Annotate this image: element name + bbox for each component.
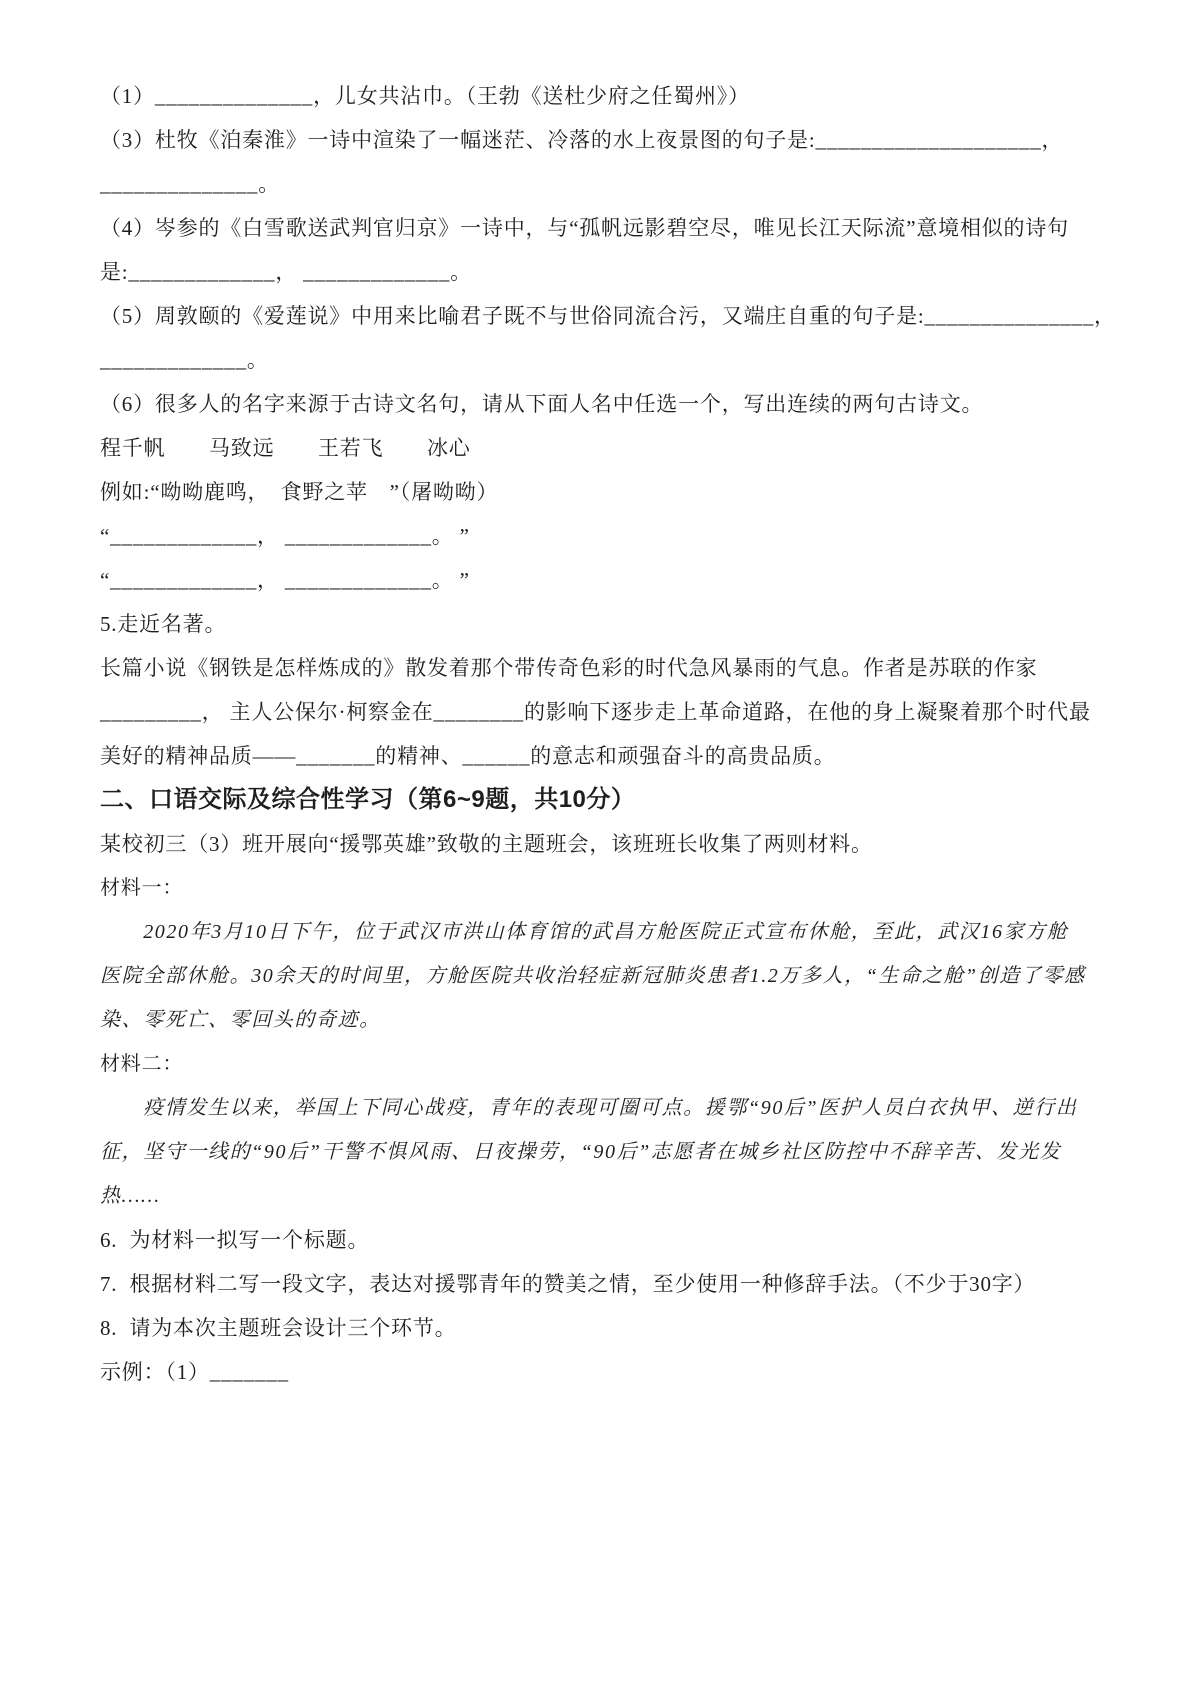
question-5-text-continued: _________， 主人公保尔·柯察金在________的影响下逐步走上革命道… bbox=[100, 690, 1108, 734]
fill-blank-item-5: （5）周敦颐的《爱莲说》中用来比喻君子既不与世俗同流合污，又端庄自重的句子是:_… bbox=[100, 294, 1108, 338]
fill-blank-item-3-continued: ______________。 bbox=[100, 162, 1108, 206]
section-2-heading: 二、口语交际及综合性学习（第6~9题，共10分） bbox=[100, 778, 1108, 822]
example-sentence: 例如:“呦呦鹿鸣， 食野之苹 ”（屠呦呦） bbox=[100, 470, 1108, 514]
question-5-text-continued-2: 美好的精神品质——_______的精神、______的意志和顽强奋斗的高贵品质。 bbox=[100, 734, 1108, 778]
question-5-text: 长篇小说《钢铁是怎样炼成的》散发着那个带传奇色彩的时代急风暴雨的气息。作者是苏联… bbox=[100, 646, 1108, 690]
fill-blank-item-4: （4）岑参的《白雪歌送武判官归京》一诗中，与“孤帆远影碧空尽，唯见长江天际流”意… bbox=[100, 206, 1108, 250]
answer-blank-line-2: “_____________， _____________。 ” bbox=[100, 558, 1108, 602]
exam-paper-page: （1）______________，儿女共沾巾。（王勃《送杜少府之任蜀州》）（3… bbox=[0, 0, 1200, 1698]
fill-blank-item-3: （3）杜牧《泊秦淮》一诗中渲染了一幅迷茫、冷落的水上夜景图的句子是:______… bbox=[100, 118, 1108, 162]
question-6: 6. 为材料一拟写一个标题。 bbox=[100, 1218, 1108, 1262]
fill-blank-item-6: （6）很多人的名字来源于古诗文名句，请从下面人名中任选一个，写出连续的两句古诗文… bbox=[100, 382, 1108, 426]
material-2-text-continued: 征，坚守一线的“90后”干警不惧风雨、日夜操劳，“90后”志愿者在城乡社区防控中… bbox=[100, 1130, 1108, 1174]
material-2-label: 材料二： bbox=[100, 1042, 1108, 1086]
section-2-intro: 某校初三（3）班开展向“援鄂英雄”致敬的主题班会，该班班长收集了两则材料。 bbox=[100, 822, 1108, 866]
material-2-text: 疫情发生以来，举国上下同心战疫，青年的表现可圈可点。援鄂“90后”医护人员白衣执… bbox=[100, 1086, 1108, 1130]
name-options: 程千帆 马致远 王若飞 冰心 bbox=[100, 426, 1108, 470]
answer-blank-line-1: “_____________， _____________。 ” bbox=[100, 514, 1108, 558]
material-2-text-continued-2: 热…… bbox=[100, 1174, 1108, 1218]
question-8: 8. 请为本次主题班会设计三个环节。 bbox=[100, 1306, 1108, 1350]
question-7: 7. 根据材料二写一段文字，表达对援鄂青年的赞美之情，至少使用一种修辞手法。（不… bbox=[100, 1262, 1108, 1306]
question-5-title: 5.走近名著。 bbox=[100, 602, 1108, 646]
fill-blank-item-4-continued: 是:_____________， _____________。 bbox=[100, 250, 1108, 294]
material-1-text: 2020年3月10日下午，位于武汉市洪山体育馆的武昌方舱医院正式宣布休舱，至此，… bbox=[100, 910, 1108, 954]
question-8-example: 示例：（1）_______ bbox=[100, 1350, 1108, 1394]
material-1-text-continued: 医院全部休舱。30余天的时间里，方舱医院共收治轻症新冠肺炎患者1.2万多人，“生… bbox=[100, 954, 1108, 998]
material-1-label: 材料一： bbox=[100, 866, 1108, 910]
fill-blank-item-1: （1）______________，儿女共沾巾。（王勃《送杜少府之任蜀州》） bbox=[100, 74, 1108, 118]
material-1-text-continued-2: 染、零死亡、零回头的奇迹。 bbox=[100, 998, 1108, 1042]
fill-blank-item-5-continued: _____________。 bbox=[100, 338, 1108, 382]
document-body: （1）______________，儿女共沾巾。（王勃《送杜少府之任蜀州》）（3… bbox=[100, 74, 1108, 1394]
